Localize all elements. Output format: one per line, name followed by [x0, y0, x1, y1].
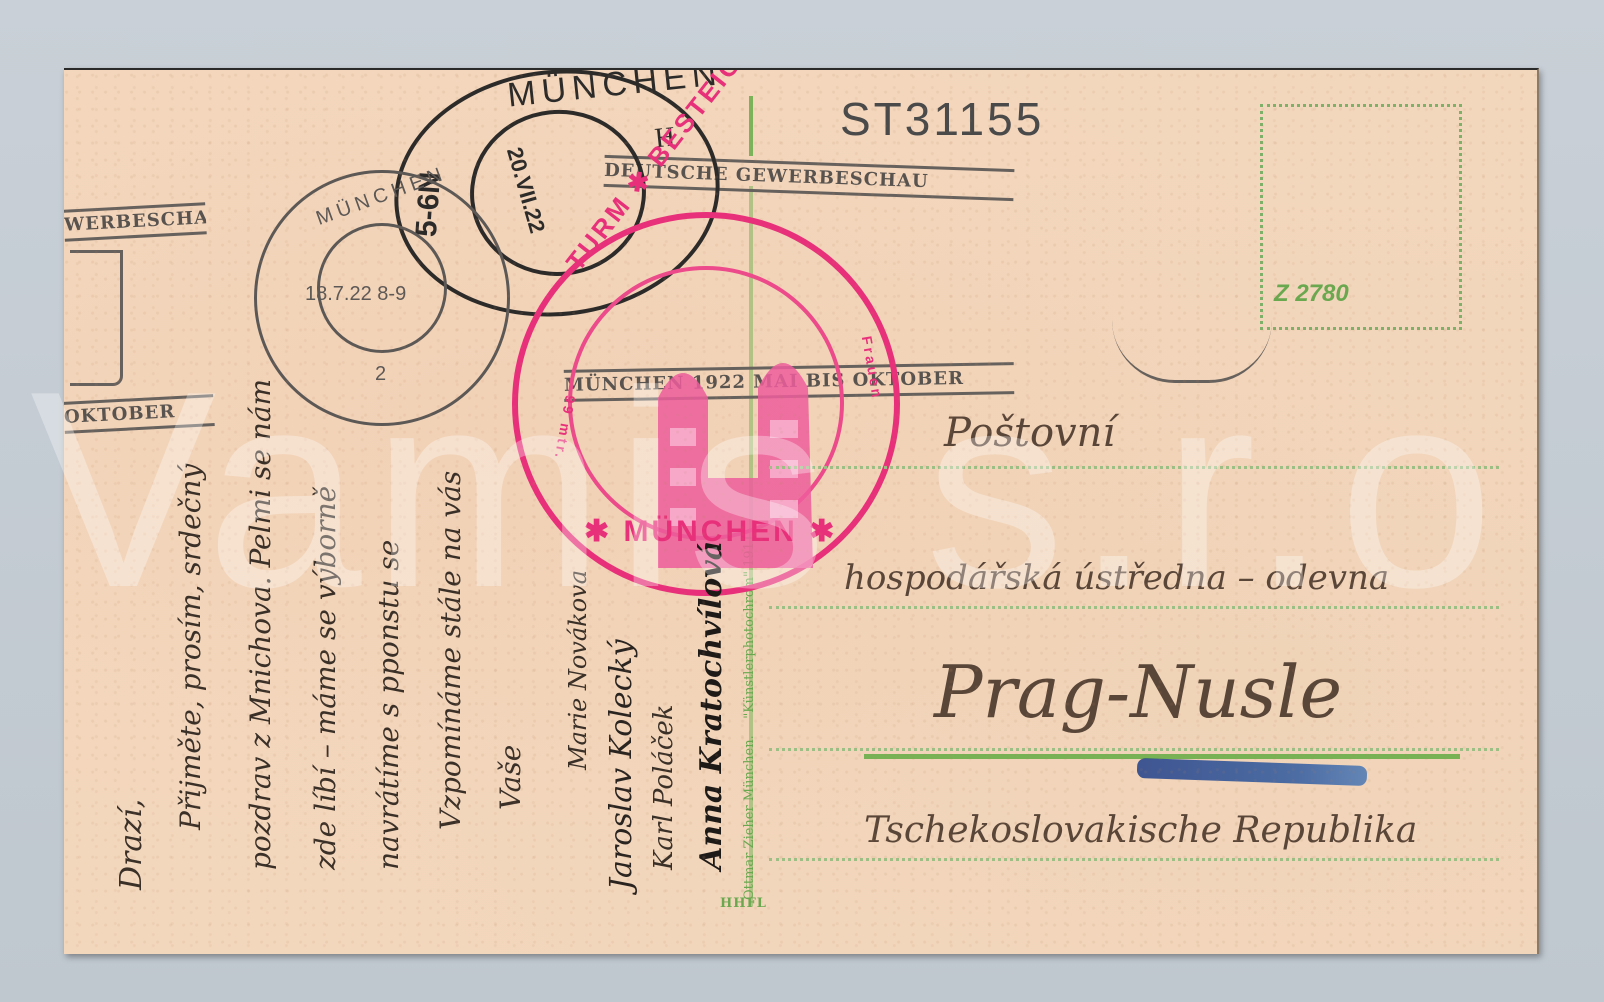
postmark-arc-right [1112, 320, 1272, 383]
message-line-2: pozdrav z Mnichova. Pelmi se nám [244, 379, 277, 870]
inventory-number: ST31155 [840, 92, 1044, 146]
address-line-4 [769, 858, 1499, 861]
cancel-postmark-2-bottom: 2 [375, 363, 386, 386]
signature-2: Jaroslav Kolecký [604, 639, 639, 890]
address-organization: hospodářská ústředna – odevna [844, 558, 1389, 598]
address-line-1 [769, 466, 1499, 469]
slogan-fragment-left-bottom: OKTOBER [64, 394, 215, 434]
message-line-1: Přijměte, prosím, srdečný [174, 464, 207, 830]
address-recipient: Poštovní [944, 410, 1115, 456]
postcard: Z 2780 ST31155 Ottmar Zieher München. "K… [64, 68, 1539, 954]
blue-crayon-mark [1137, 758, 1368, 786]
address-country: Tschekoslovakische Republika [864, 810, 1417, 851]
message-line-4: navrátíme s pponstu se [372, 540, 405, 870]
signature-3: Karl Poláček [649, 704, 679, 870]
signature-4: Anna Kratochvílová [694, 541, 729, 870]
message-line-3: zde líbí – máme se výborně [309, 486, 342, 870]
address-line-2 [769, 606, 1499, 609]
address-city: Prag-Nusle [934, 650, 1342, 734]
message-greeting: Drazí, [114, 799, 149, 890]
slogan-fragment-left-top: WERBESCHAU [64, 202, 207, 241]
cancel-postmark-2-top: MÜNCHEN [313, 162, 450, 231]
publisher-name: Ottmar Zieher München. [742, 735, 757, 900]
cancel-postmark-2-date: 18.7.22 8-9 [305, 283, 406, 306]
publisher-code: HHFL [720, 896, 767, 911]
signature-1: Marie Novákova [564, 570, 592, 770]
message-line-5: Vzpomínáme stále na vás [434, 471, 467, 830]
address-line-3 [769, 748, 1499, 751]
message-line-6: Vaše [494, 745, 527, 810]
cancel-postmark-2: MÜNCHEN 18.7.22 8-9 2 [254, 170, 510, 426]
postmark-outline-left [70, 250, 123, 386]
stamp-box-code: Z 2780 [1274, 280, 1349, 308]
